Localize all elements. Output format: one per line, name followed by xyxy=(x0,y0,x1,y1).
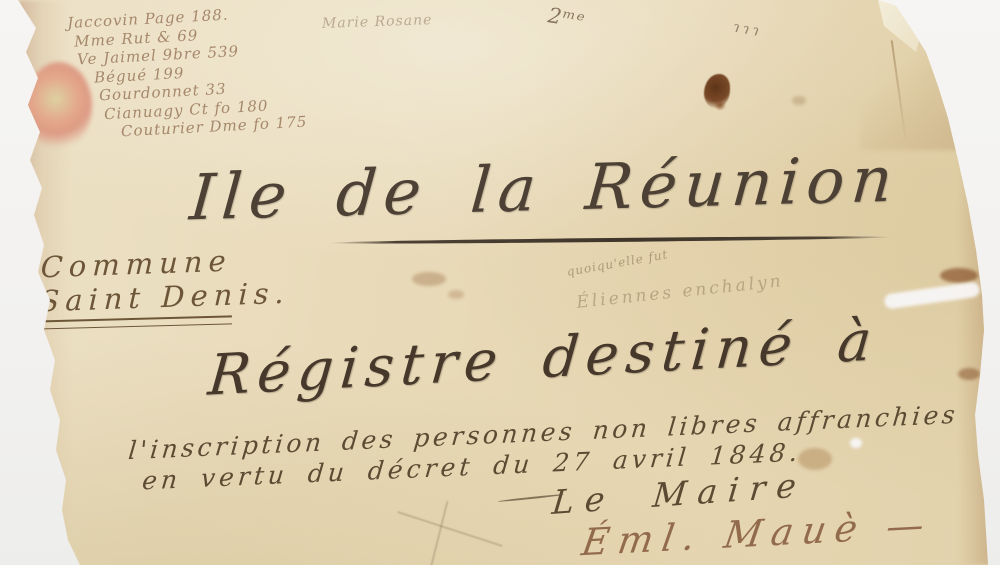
edge-damage xyxy=(940,268,978,283)
pencil-name-index: Jaccovin Page 188. Mme Rut & 69 Ve Jaime… xyxy=(59,2,308,144)
smudge-stain xyxy=(792,96,806,105)
faint-annotation-large: Éliennes enchalyn xyxy=(576,271,785,313)
crease-mark xyxy=(397,511,502,546)
title-flourish-underline xyxy=(328,235,893,245)
whiteout-spot xyxy=(850,438,862,448)
pencil-number-note: 2ᵐᵉ xyxy=(546,3,587,33)
register-title: Régistre destiné à xyxy=(206,308,881,408)
pencil-name-note: Marie Rosane xyxy=(322,12,433,32)
crease-mark xyxy=(430,501,448,565)
manuscript-paper-sheet: Jaccovin Page 188. Mme Rut & 69 Ve Jaime… xyxy=(0,0,1000,565)
pencil-tally-marks: ɿɿɿ xyxy=(732,18,764,41)
island-title: Ile de la Réunion xyxy=(187,143,902,235)
edge-damage xyxy=(958,368,980,380)
top-right-edge-shading xyxy=(860,0,970,150)
smudge-stain xyxy=(448,290,464,299)
photographed-document: Jaccovin Page 188. Mme Rut & 69 Ve Jaime… xyxy=(0,0,1000,565)
ink-blot xyxy=(704,74,730,108)
faint-annotation-small: quoiqu'elle fut xyxy=(566,247,670,279)
smudge-stain xyxy=(412,272,446,286)
commune-label: Commune Saint Denis. xyxy=(39,242,292,319)
